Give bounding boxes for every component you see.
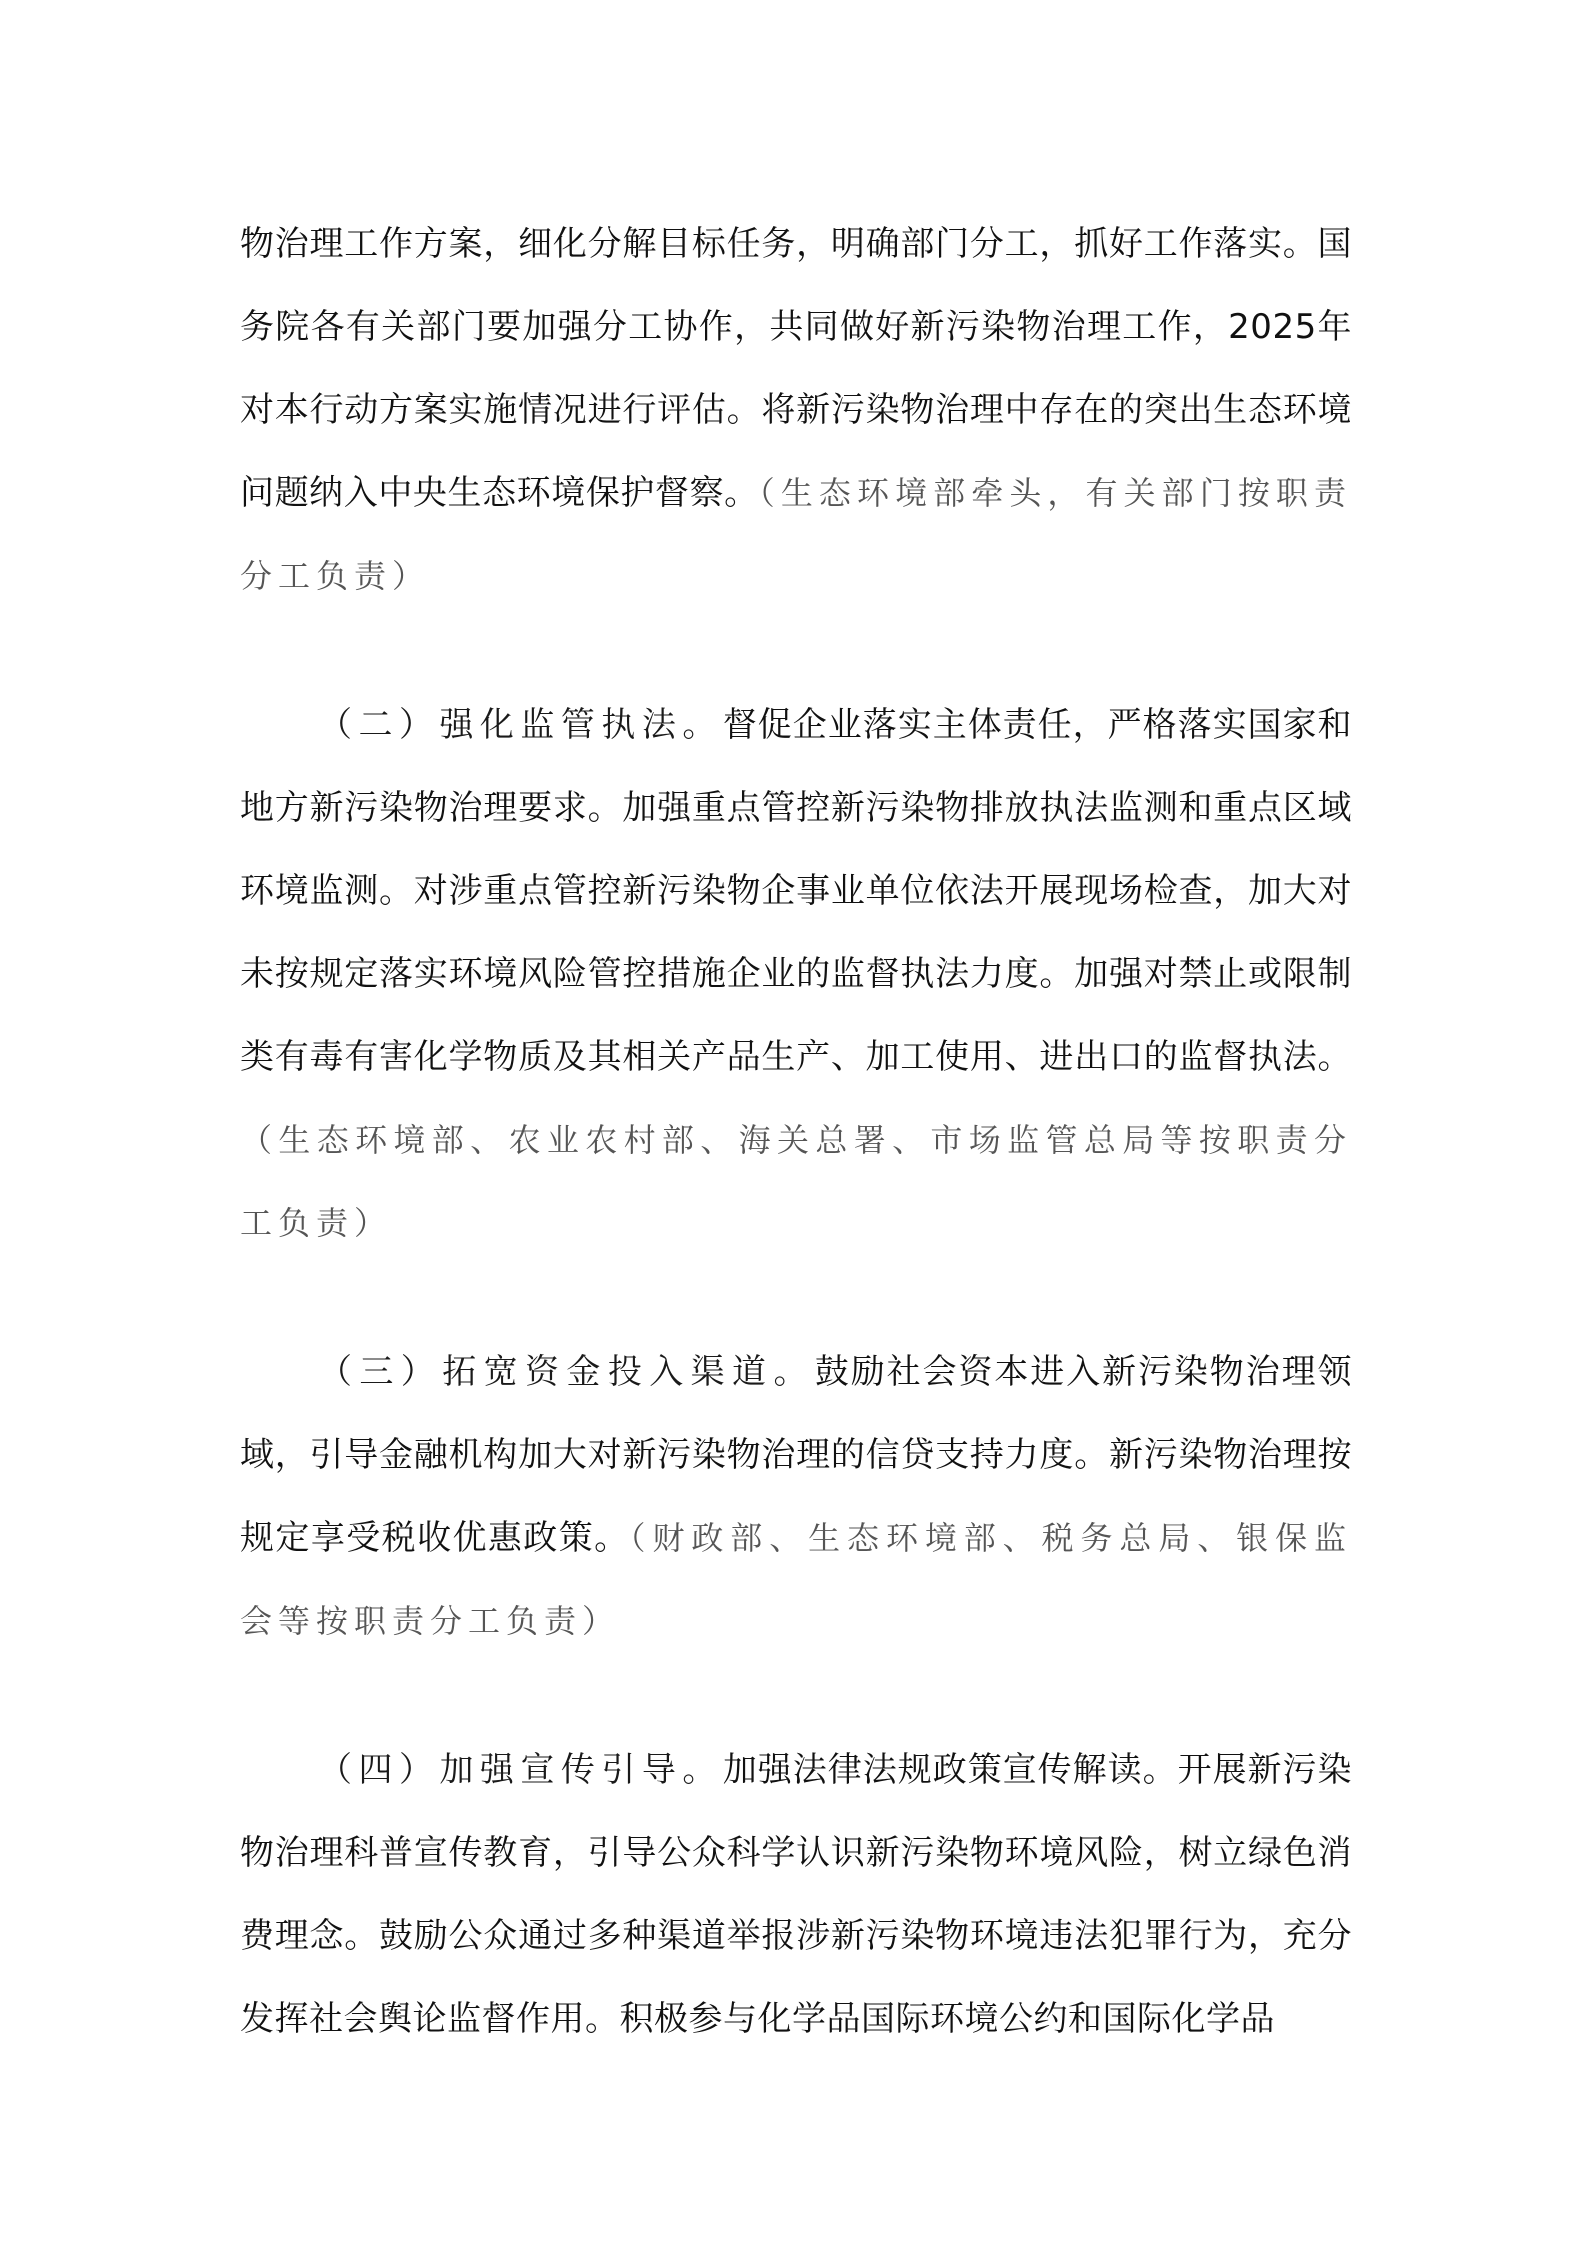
paragraph-body-text: 督促企业落实主体责任，严格落实国家和地方新污染物治理要求。加强重点管控新污染物排… bbox=[240, 705, 1352, 1077]
section-heading: （三）拓宽资金投入渠道。 bbox=[318, 1352, 815, 1392]
paragraph-strengthen-supervision: （二）强化监管执法。督促企业落实主体责任，严格落实国家和地方新污染物治理要求。加… bbox=[240, 684, 1352, 1265]
document-body: 物治理工作方案，细化分解目标任务，明确部门分工，抓好工作落实。国务院各有关部门要… bbox=[240, 203, 1352, 2061]
paragraph-funding-channels: （三）拓宽资金投入渠道。鼓励社会资本进入新污染物治理领域，引导金融机构加大对新污… bbox=[240, 1331, 1352, 1663]
responsibility-note: （生态环境部、农业农村部、海关总署、市场监管总局等按职责分工负责） bbox=[240, 1121, 1352, 1242]
paragraph-publicity-guidance: （四）加强宣传引导。加强法律法规政策宣传解读。开展新污染物治理科普宣传教育，引导… bbox=[240, 1729, 1352, 2061]
paragraph-body-text: 物治理工作方案，细化分解目标任务，明确部门分工，抓好工作落实。国务院各有关部门要… bbox=[240, 224, 1352, 513]
document-page: 物治理工作方案，细化分解目标任务，明确部门分工，抓好工作落实。国务院各有关部门要… bbox=[0, 0, 1587, 2245]
section-heading: （四）加强宣传引导。 bbox=[318, 1750, 723, 1790]
paragraph-continuation: 物治理工作方案，细化分解目标任务，明确部门分工，抓好工作落实。国务院各有关部门要… bbox=[240, 203, 1352, 618]
section-heading: （二）强化监管执法。 bbox=[318, 705, 723, 745]
paragraph-body-text: 加强法律法规政策宣传解读。开展新污染物治理科普宣传教育，引导公众科学认识新污染物… bbox=[240, 1750, 1352, 2039]
